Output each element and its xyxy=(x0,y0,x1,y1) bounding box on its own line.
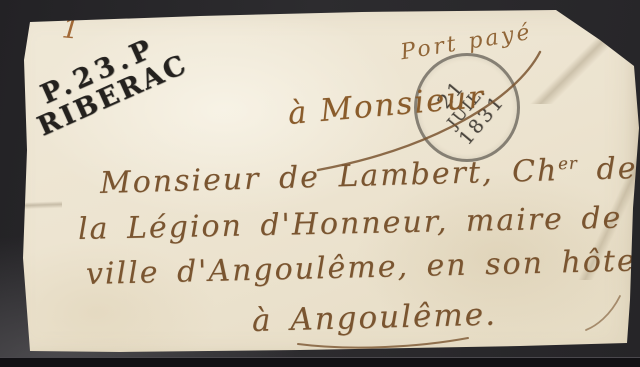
letter-paper: 1 P.23.P RIBERAC Port payé 21 JUIL. 1831… xyxy=(0,0,640,367)
address-line-1-superscript: er xyxy=(558,154,578,174)
address-line-1-tail: de xyxy=(577,151,637,188)
pen-mark: 1 xyxy=(61,13,81,45)
address-line-4: à Angoulême. xyxy=(252,297,498,339)
photo-backdrop: 1 P.23.P RIBERAC Port payé 21 JUIL. 1831… xyxy=(0,0,640,367)
backdrop-bottom-band xyxy=(0,357,640,367)
